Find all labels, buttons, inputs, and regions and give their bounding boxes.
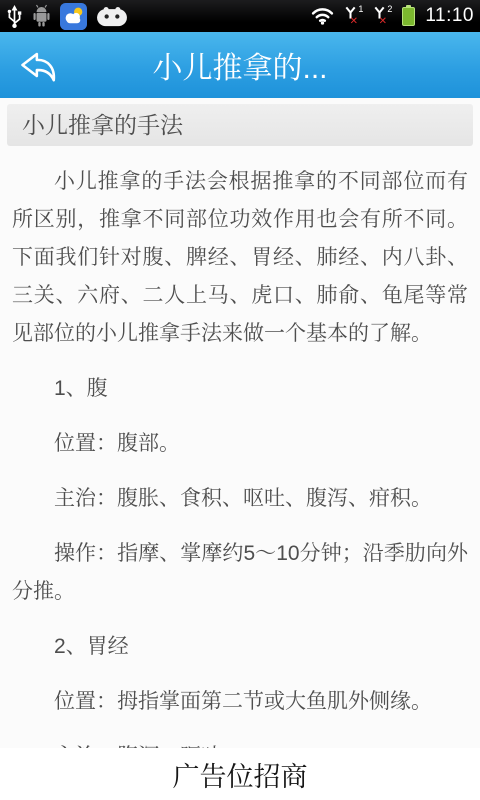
battery-icon <box>402 7 415 26</box>
weather-app-icon <box>60 3 87 30</box>
ad-banner[interactable]: 广告位招商 <box>0 748 480 800</box>
page-title: 小儿推拿的... <box>0 43 480 87</box>
status-bar-clock: 11:10 <box>425 5 474 27</box>
ad-banner-label: 广告位招商 <box>173 755 308 794</box>
status-bar[interactable]: 1 ✕ 2 ✕ 11:10 <box>0 0 480 32</box>
article-paragraph: 1、腹 <box>12 370 468 408</box>
sim1-no-signal-icon: 1 ✕ <box>344 6 363 27</box>
wifi-icon <box>311 7 334 25</box>
usb-icon <box>6 4 23 29</box>
sim1-number: 1 <box>358 5 363 14</box>
article-paragraph: 2、胃经 <box>12 628 468 666</box>
android-robot-icon <box>32 4 51 28</box>
article-paragraph: 位置：拇指掌面第二节或大鱼肌外侧缘。 <box>12 683 468 721</box>
article-paragraph: 小儿推拿的手法会根据推拿的不同部位而有所区别，推拿不同部位功效作用也会有所不同。… <box>12 163 468 353</box>
sim2-number: 2 <box>387 5 392 14</box>
section-title-bar: 小儿推拿的手法 <box>7 104 473 146</box>
app-header: 小儿推拿的... <box>0 32 480 98</box>
status-bar-right: 1 ✕ 2 ✕ 11:10 <box>311 5 474 27</box>
sim1-x-mark: ✕ <box>350 17 358 27</box>
article-body: 小儿推拿的手法会根据推拿的不同部位而有所区别，推拿不同部位功效作用也会有所不同。… <box>0 163 480 776</box>
android-face-icon <box>96 5 128 27</box>
article-paragraph: 主治：腹胀、食积、呕吐、腹泻、疳积。 <box>12 480 468 518</box>
phone-screen: 1 ✕ 2 ✕ 11:10 小儿推拿的... <box>0 0 480 800</box>
sim2-x-mark: ✕ <box>379 17 387 27</box>
section-title: 小儿推拿的手法 <box>22 112 183 138</box>
article-paragraph: 操作：指摩、掌摩约5～10分钟；沿季肋向外分推。 <box>12 535 468 611</box>
back-button[interactable] <box>0 32 72 98</box>
article-paragraph: 位置：腹部。 <box>12 425 468 463</box>
back-arrow-icon <box>14 45 58 85</box>
status-bar-left <box>6 3 128 30</box>
sim2-no-signal-icon: 2 ✕ <box>373 6 392 27</box>
